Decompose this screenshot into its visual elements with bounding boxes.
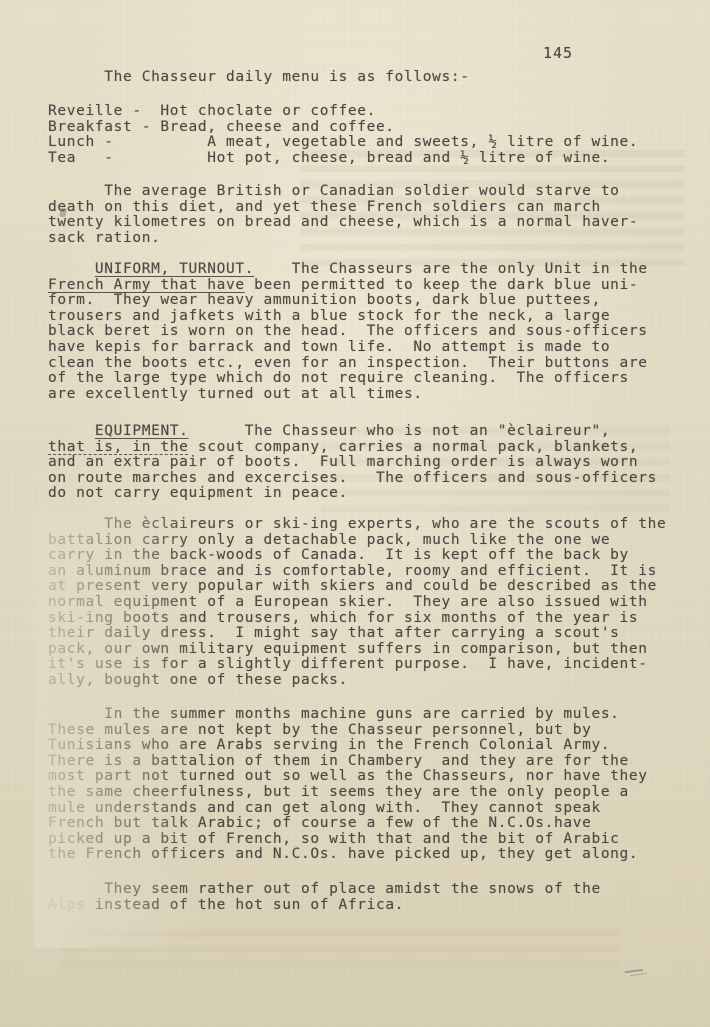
text-line: Reveille - Hot choclate or coffee.	[48, 104, 638, 120]
text-segment: The èclaireurs or ski-ing experts, who a…	[48, 516, 666, 532]
text-line: of the large type which do not require c…	[48, 371, 648, 387]
text-line: mule understands and can get along with.…	[48, 801, 648, 817]
text-segment: Lunch - A meat, vegetable and sweets, ½ …	[48, 134, 638, 150]
text-segment: have kepis for barrack and town life. No…	[48, 339, 610, 355]
text-segment: their daily dress. I might say that afte…	[48, 625, 620, 641]
text-segment	[48, 423, 95, 439]
text-line: Alps instead of the hot sun of Africa.	[48, 898, 601, 914]
text-segment: ally, bought one of these packs.	[48, 672, 348, 688]
text-segment: normal equipment of a European skier. Th…	[48, 594, 648, 610]
text-segment: trousers and jafkets with a blue stock f…	[48, 308, 610, 324]
text-segment: been permitted to keep the dark blue uni…	[245, 277, 639, 293]
text-segment: The Chasseur who is not an "èclaireur",	[189, 423, 611, 439]
text-line: Tea - Hot pot, cheese, bread and ½ litre…	[48, 151, 638, 167]
text-segment: sack ration.	[48, 230, 160, 246]
text-line: most part not turned out so well as the …	[48, 769, 648, 785]
text-line: battalion carry only a detachable pack, …	[48, 533, 666, 549]
text-line: In the summer months machine guns are ca…	[48, 707, 648, 723]
text-segment: the same cheerfulness, but it seems they…	[48, 784, 629, 800]
text-segment: form. They wear heavy ammunition boots, …	[48, 292, 601, 308]
text-segment: Tea - Hot pot, cheese, bread and ½ litre…	[48, 150, 610, 166]
text-line: The èclaireurs or ski-ing experts, who a…	[48, 517, 666, 533]
text-segment: instead of the hot sun of Africa.	[85, 897, 404, 913]
text-line: and an extra pair of boots. Full marchin…	[48, 455, 657, 471]
text-line: at present very popular with skiers and …	[48, 579, 666, 595]
text-segment: The average British or Canadian soldier …	[48, 183, 620, 199]
text-segment: Alps	[48, 897, 85, 913]
text-segment: scout company, carries a normal pack, bl…	[189, 439, 639, 455]
text-segment: ski-ing boots and trousers, which for si…	[48, 610, 638, 626]
text-line: French Army that have been permitted to …	[48, 278, 648, 294]
document-body: The Chasseur daily menu is as follows:-R…	[0, 0, 710, 1027]
text-line: sack ration.	[48, 231, 638, 247]
text-segment: The Chasseurs are the only Unit in the	[254, 261, 648, 277]
text-segment: French but talk Arabic; of course a few …	[48, 815, 591, 831]
paragraph-mules: In the summer months machine guns are ca…	[48, 707, 648, 863]
text-line: normal equipment of a European skier. Th…	[48, 595, 666, 611]
text-line: black beret is worn on the head. The off…	[48, 324, 648, 340]
paragraph-equipment: EQUIPMENT. The Chasseur who is not an "è…	[48, 424, 657, 502]
text-line: ski-ing boots and trousers, which for si…	[48, 611, 666, 627]
text-line: They seem rather out of place amidst the…	[48, 882, 601, 898]
text-segment: There is a battalion of them in Chambery…	[48, 753, 629, 769]
text-line: form. They wear heavy ammunition boots, …	[48, 293, 648, 309]
paragraph-diet: The average British or Canadian soldier …	[48, 184, 638, 246]
text-line: it's use is for a slightly different pur…	[48, 657, 666, 673]
text-line: death on this diet, and yet these French…	[48, 200, 638, 216]
text-segment: They seem rather out of place amidst the…	[48, 881, 601, 897]
paragraph-uniform: UNIFORM, TURNOUT. The Chasseurs are the …	[48, 262, 648, 402]
text-segment: an aluminum brace and is comfortable, ro…	[48, 563, 657, 579]
text-line: clean the boots etc., even for an inspec…	[48, 356, 648, 372]
text-segment: most part not turned out so well as the …	[48, 768, 648, 784]
text-segment: picked up a bit of French, so with that …	[48, 831, 620, 847]
paragraph-menu: Reveille - Hot choclate or coffee.Breakf…	[48, 104, 638, 166]
text-segment: do not carry equipment in peace.	[48, 485, 348, 501]
text-segment: are excellently turned out at all times.	[48, 386, 423, 402]
text-segment: the French officers and N.C.Os. have pic…	[48, 846, 638, 862]
text-segment: at present very popular with skiers and …	[48, 578, 657, 594]
text-segment: clean the boots etc., even for an inspec…	[48, 355, 648, 371]
scanned-typewritten-page: 145 The Chasseur daily menu is as follow…	[0, 0, 710, 1027]
paragraph-closing: They seem rather out of place amidst the…	[48, 882, 601, 913]
text-line: EQUIPMENT. The Chasseur who is not an "è…	[48, 424, 657, 440]
text-segment: mule understands and can get along with.…	[48, 800, 601, 816]
text-line: picked up a bit of French, so with that …	[48, 832, 648, 848]
text-segment: on route marches and excercises. The off…	[48, 470, 657, 486]
text-segment: UNIFORM, TURNOUT.	[95, 261, 254, 277]
text-segment: The Chasseur daily menu is as follows:-	[48, 69, 470, 85]
text-line: their daily dress. I might say that afte…	[48, 626, 666, 642]
text-line: ally, bought one of these packs.	[48, 673, 666, 689]
text-line: are excellently turned out at all times.	[48, 387, 648, 403]
text-segment: Reveille - Hot choclate or coffee.	[48, 103, 376, 119]
text-segment: twenty kilometres on bread and cheese, w…	[48, 214, 638, 230]
text-segment: In the summer months machine guns are ca…	[48, 706, 620, 722]
text-line: These mules are not kept by the Chasseur…	[48, 723, 648, 739]
text-line: carry in the back-woods of Canada. It is…	[48, 548, 666, 564]
text-segment: black beret is worn on the head. The off…	[48, 323, 648, 339]
text-segment: it's use is for a slightly different pur…	[48, 656, 648, 672]
text-line: Breakfast - Bread, cheese and coffee.	[48, 120, 638, 136]
text-segment: that is, in the	[48, 439, 189, 455]
text-segment: carry in the back-woods of Canada. It is…	[48, 547, 629, 563]
text-segment: Tunisians who are Arabs serving in the F…	[48, 737, 610, 753]
text-line: the French officers and N.C.Os. have pic…	[48, 847, 648, 863]
text-line: UNIFORM, TURNOUT. The Chasseurs are the …	[48, 262, 648, 278]
text-line: Lunch - A meat, vegetable and sweets, ½ …	[48, 135, 638, 151]
text-segment: EQUIPMENT.	[95, 423, 189, 439]
paragraph-intro: The Chasseur daily menu is as follows:-	[48, 70, 470, 86]
text-line: do not carry equipment in peace.	[48, 486, 657, 502]
text-segment	[48, 261, 95, 277]
text-segment: French Army that have	[48, 277, 245, 293]
text-segment: pack, our own military equipment suffers…	[48, 641, 648, 657]
text-line: The Chasseur daily menu is as follows:-	[48, 70, 470, 86]
text-segment: battalion carry only a detachable pack, …	[48, 532, 610, 548]
text-line: that is, in the scout company, carries a…	[48, 440, 657, 456]
text-segment: and an extra pair of boots. Full marchin…	[48, 454, 638, 470]
text-line: pack, our own military equipment suffers…	[48, 642, 666, 658]
text-segment: of the large type which do not require c…	[48, 370, 629, 386]
text-segment: Breakfast - Bread, cheese and coffee.	[48, 119, 395, 135]
text-line: French but talk Arabic; of course a few …	[48, 816, 648, 832]
text-line: Tunisians who are Arabs serving in the F…	[48, 738, 648, 754]
text-line: twenty kilometres on bread and cheese, w…	[48, 215, 638, 231]
text-segment: These mules are not kept by the Chasseur…	[48, 722, 591, 738]
text-segment: death on this diet, and yet these French…	[48, 199, 601, 215]
text-line: the same cheerfulness, but it seems they…	[48, 785, 648, 801]
paragraph-eclaireurs: The èclaireurs or ski-ing experts, who a…	[48, 517, 666, 689]
text-line: have kepis for barrack and town life. No…	[48, 340, 648, 356]
text-line: The average British or Canadian soldier …	[48, 184, 638, 200]
